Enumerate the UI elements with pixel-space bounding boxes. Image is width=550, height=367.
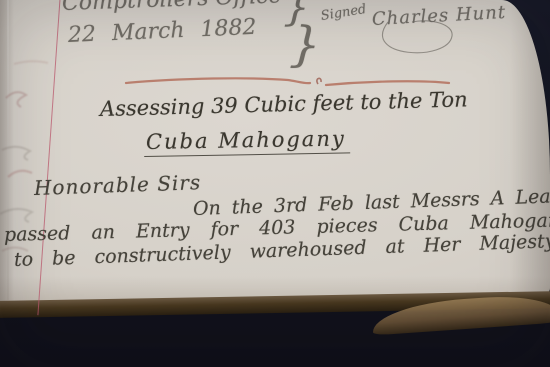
page-crease — [7, 0, 9, 300]
brace-icon: } — [289, 16, 322, 74]
subject-line-cuba-mahogany: Cuba Mahogany — [144, 126, 350, 157]
manuscript-photo: Comptrollers Office 22 March 1882 } } Si… — [0, 0, 550, 367]
